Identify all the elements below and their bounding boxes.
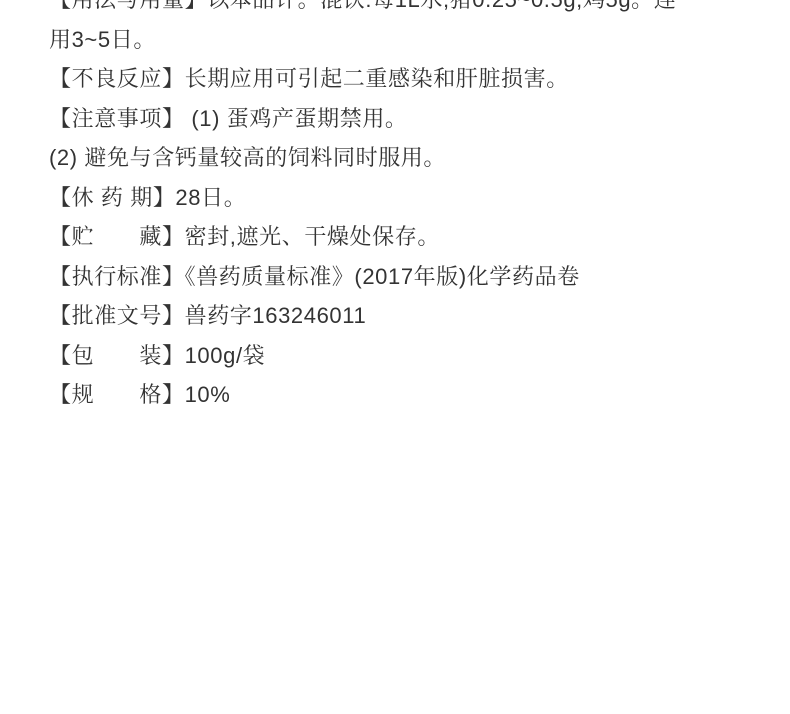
text-line-3: 【不良反应】长期应用可引起二重感染和肝脏损害。 bbox=[49, 59, 790, 99]
text-line-4: 【注意事项】 (1) 蛋鸡产蛋期禁用。 bbox=[49, 99, 790, 139]
text-line-11: 【规 格】10% bbox=[49, 375, 790, 415]
text-line-7: 【贮 藏】密封,遮光、干燥处保存。 bbox=[49, 217, 790, 257]
drug-instruction-text-block: 【用法与用量】以本品计。混饮:每1L水,猪0.25~0.5g,鸡5g。连用3~5… bbox=[49, 0, 790, 415]
text-line-8: 【执行标准】《兽药质量标准》(2017年版)化学药品卷 bbox=[49, 257, 790, 297]
text-line-5: (2) 避免与含钙量较高的饲料同时服用。 bbox=[49, 138, 790, 178]
drug-instruction-page: 【用法与用量】以本品计。混饮:每1L水,猪0.25~0.5g,鸡5g。连用3~5… bbox=[0, 0, 790, 714]
text-line-1: 【用法与用量】以本品计。混饮:每1L水,猪0.25~0.5g,鸡5g。连 bbox=[49, 0, 790, 20]
text-line-10: 【包 装】100g/袋 bbox=[49, 336, 790, 376]
text-line-9: 【批准文号】兽药字163246011 bbox=[49, 296, 790, 336]
text-line-6: 【休 药 期】28日。 bbox=[49, 178, 790, 218]
text-line-2: 用3~5日。 bbox=[49, 20, 790, 60]
